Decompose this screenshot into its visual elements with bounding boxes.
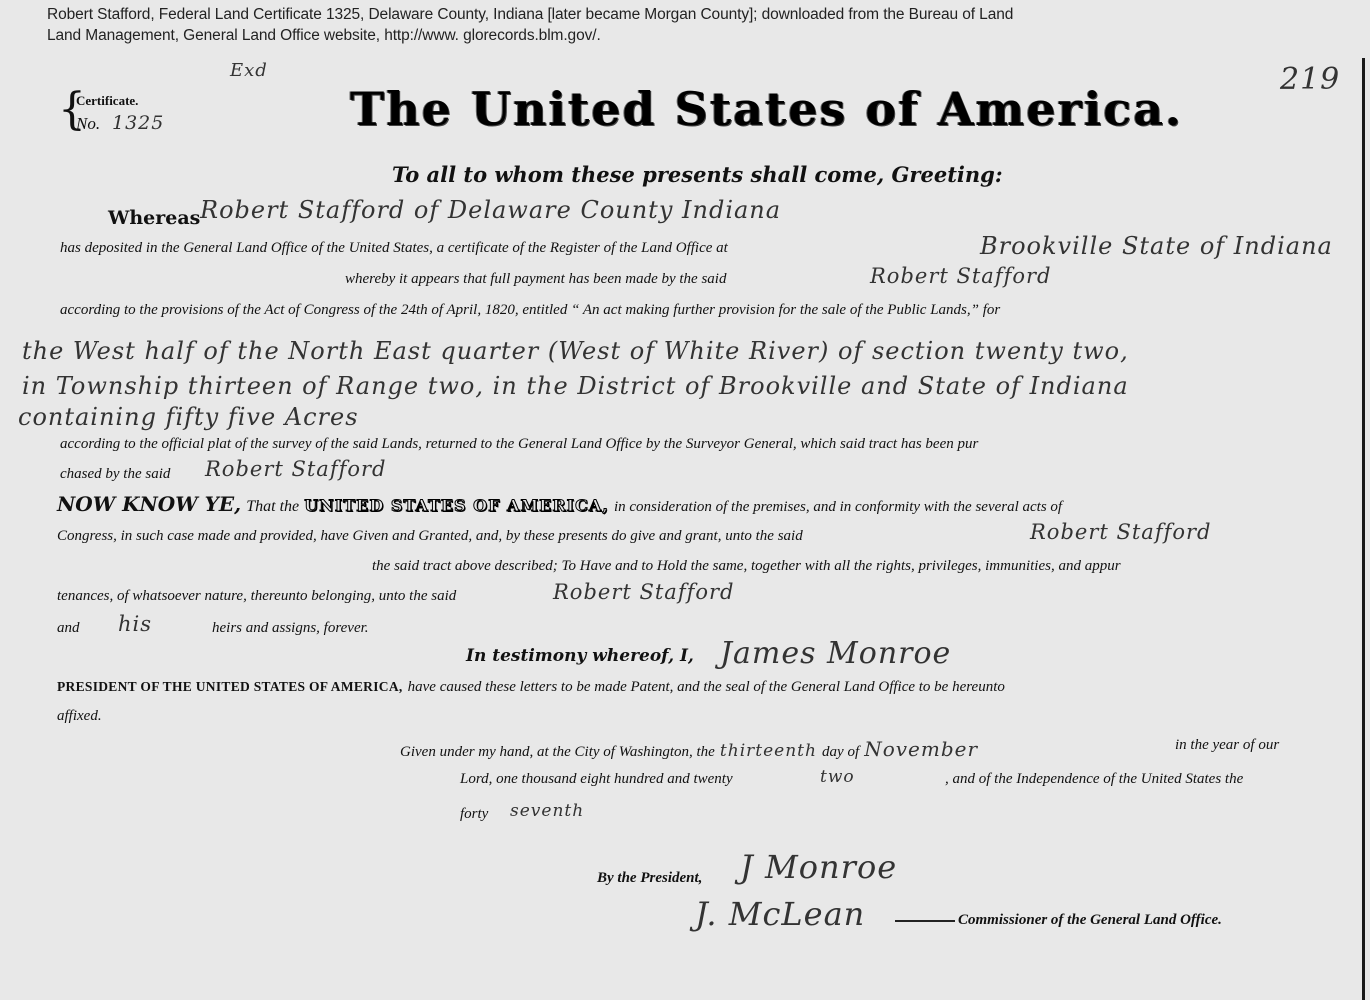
lord-line: Lord, one thousand eight hundred and twe… <box>460 771 733 788</box>
line-whereby: whereby it appears that full payment has… <box>345 271 726 288</box>
commissioner-signature: J. McLean <box>695 895 865 933</box>
certificate-number: 1325 <box>112 112 164 134</box>
line-official-plat: according to the official plat of the su… <box>60 436 978 453</box>
day-hand: thirteenth <box>720 741 817 761</box>
by-the-president: By the President, <box>597 870 702 887</box>
usa-caps: UNITED STATES OF AMERICA, <box>304 496 609 515</box>
that-the: That the <box>246 498 299 515</box>
year-of-our: in the year of our <box>1175 737 1279 754</box>
independence-line: , and of the Independence of the United … <box>945 771 1243 788</box>
line-patent: have caused these letters to be made Pat… <box>408 679 1005 695</box>
line-to-have-and-hold: the said tract above described; To Have … <box>372 558 1121 575</box>
annotation-exd: Exd <box>230 60 268 81</box>
document-title: The United States of America. <box>350 82 1183 136</box>
heirs-pronoun: his <box>118 612 152 636</box>
purchaser-name: Robert Stafford <box>205 457 387 481</box>
payer-name: Robert Stafford <box>870 264 1052 288</box>
testimony-line: In testimony whereof, I, <box>466 646 694 666</box>
now-know-ye: NOW KNOW YE, <box>57 492 241 516</box>
president-signature: J Monroe <box>740 848 897 886</box>
month-hand: November <box>864 737 978 761</box>
number-label: No. <box>76 114 100 134</box>
tract-description-1: the West half of the North East quarter … <box>22 337 1129 365</box>
line-heirs-assigns: heirs and assigns, forever. <box>212 620 369 637</box>
line-chased-by: chased by the said <box>60 466 170 483</box>
president-line: PRESIDENT OF THE UNITED STATES OF AMERIC… <box>57 676 1005 696</box>
given-under: Given under my hand, at the City of Wash… <box>400 744 715 760</box>
document-caption: Robert Stafford, Federal Land Certificat… <box>47 4 1247 46</box>
line-tenances: tenances, of whatsoever nature, thereunt… <box>57 588 456 605</box>
line-act-of-congress: according to the provisions of the Act o… <box>60 302 1000 319</box>
document-right-border <box>1362 58 1365 1000</box>
grantee-name-3: Robert Stafford <box>553 580 735 604</box>
grantee-name-2: Robert Stafford <box>1030 520 1212 544</box>
affixed: affixed. <box>57 708 102 725</box>
whereas-label: Whereas <box>108 207 200 229</box>
grantee-residence: Robert Stafford of Delaware County India… <box>200 196 781 224</box>
signature-line <box>895 920 955 922</box>
president-name-hand: James Monroe <box>720 636 951 671</box>
page-number: 219 <box>1280 62 1340 97</box>
tract-description-2: in Township thirteen of Range two, in th… <box>22 372 1129 400</box>
land-office-location: Brookville State of Indiana <box>980 232 1333 260</box>
greeting: To all to whom these presents shall come… <box>392 162 1003 187</box>
tract-acreage: containing fifty five Acres <box>18 403 359 431</box>
year-hand: two <box>820 767 855 787</box>
forty-label: forty <box>460 806 488 823</box>
given-under-line: Given under my hand, at the City of Wash… <box>400 737 978 761</box>
day-of: day of <box>822 744 859 760</box>
line-consideration: in consideration of the premises, and in… <box>614 499 1062 515</box>
commissioner-title: Commissioner of the General Land Office. <box>958 912 1222 929</box>
now-know-ye-line: NOW KNOW YE, That the UNITED STATES OF A… <box>57 492 1062 516</box>
line-deposited: has deposited in the General Land Office… <box>60 240 728 257</box>
caption-line-2: Land Management, General Land Office web… <box>47 25 1247 46</box>
and-label: and <box>57 620 80 637</box>
ordinal-hand: seventh <box>510 801 584 821</box>
line-congress-grant: Congress, in such case made and provided… <box>57 528 803 545</box>
certificate-label: Certificate. <box>76 93 138 109</box>
president-caps: PRESIDENT OF THE UNITED STATES OF AMERIC… <box>57 679 403 694</box>
caption-line-1: Robert Stafford, Federal Land Certificat… <box>47 4 1247 25</box>
